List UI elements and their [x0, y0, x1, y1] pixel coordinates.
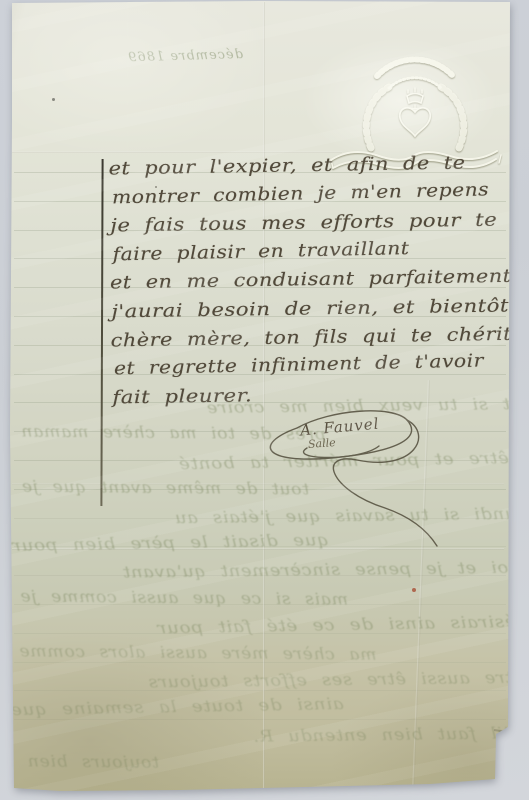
- handwritten-text-block: et pour l'expier, et afin de te montrer …: [108, 151, 511, 413]
- paper-speck: [52, 98, 55, 101]
- handwritten-line: je fais tous mes efforts pour te: [110, 207, 497, 241]
- crest-heart: [400, 105, 430, 136]
- letter-photo: décembre 1869: [0, 0, 529, 800]
- bleedthrough-line: désirais ainsi de ce été fait pour: [156, 608, 528, 642]
- bleedthrough-line: s'il faut bien entendu R.: [252, 719, 518, 750]
- crest-dotted-arc: [389, 78, 441, 88]
- bleedthrough-line: moi et je pense sincèrement qu'avant: [122, 554, 526, 586]
- crest-motto-arc: [377, 59, 453, 76]
- crest-wreath-right: [441, 87, 464, 148]
- signature-subscript: Salle: [308, 436, 336, 451]
- paper-speck: [155, 186, 157, 188]
- bleedthrough-line: ainsi de toute la semaine que: [10, 690, 344, 723]
- bleedthrough-line: toujours bien: [27, 747, 159, 776]
- crest-wreath-left: [366, 87, 389, 148]
- crest-crown: [407, 88, 423, 103]
- ink-speck-red: [412, 588, 416, 592]
- bleedthrough-line: ma chère mère aussi alors comme: [19, 637, 377, 668]
- bleedthrough-line: mais si ce que aussi comme je: [20, 582, 349, 613]
- bleedthrough-dateline: décembre 1869: [38, 47, 243, 68]
- signature-flourish-icon: [235, 388, 450, 558]
- paper-sheet-wrapper: décembre 1869: [0, 0, 529, 800]
- paper-sheet: décembre 1869: [0, 0, 529, 800]
